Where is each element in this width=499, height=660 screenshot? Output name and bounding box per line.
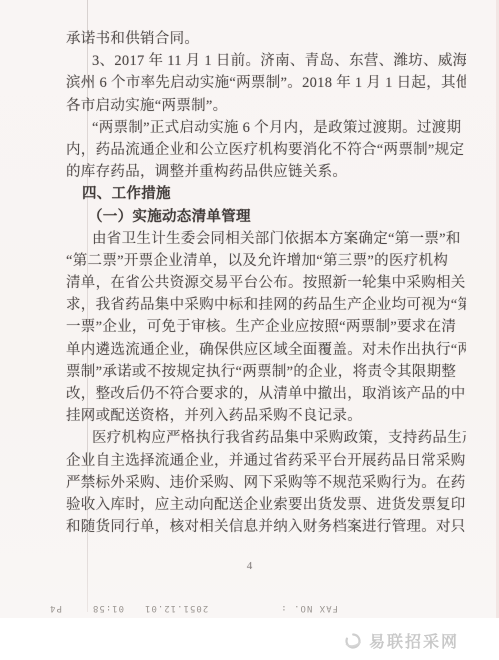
section-heading: 四、工作措施 — [66, 183, 466, 205]
document-text-line: 3、2017 年 11 月 1 日前。济南、青岛、东营、潍坊、威海、 — [66, 50, 466, 72]
fax-header-line: FAX NO. : 2051.12.01 01:58 P4 — [38, 601, 338, 615]
site-name: 易联招采网 — [369, 629, 459, 652]
document-text-line: 医疗机构应严格执行我省药品集中采购政策，支持药品生产 — [66, 427, 466, 449]
fax-number-label: FAX NO. : — [280, 603, 338, 613]
document-text-line: 严禁标外采购、违价采购、网下采购等不规范采购行为。在药品 — [66, 472, 466, 494]
scanned-document-screenshot: { "doc": { "lines": [ "承诺书和供销合同。", "3、20… — [0, 0, 499, 660]
page-number: 4 — [0, 560, 499, 572]
document-text-line: 承诺书和供销合同。 — [66, 28, 466, 50]
document-text-line: 改，整改后仍不符合要求的，从清单中撤出，取消该产品的中标、 — [66, 383, 466, 405]
document-scan: 承诺书和供销合同。 3、2017 年 11 月 1 日前。济南、青岛、东营、潍坊… — [0, 0, 499, 618]
subsection-heading: （一）实施动态清单管理 — [66, 206, 466, 228]
document-text-line: 清单，在省公共资源交易平台公布。按照新一轮集中采购相关要 — [66, 272, 466, 294]
fax-page-count: P4 — [49, 603, 62, 613]
document-text-line: 验收入库时，应主动向配送企业索要出货发票、进货发票复印件 — [66, 494, 466, 516]
document-text-line: “第二票”开票企业清单，以及允许增加“第三票”的医疗机构 — [66, 250, 466, 272]
document-text-line: “两票制”正式启动实施 6 个月内，是政策过渡期。过渡期 — [66, 117, 466, 139]
document-text-line: 由省卫生计生委会同相关部门依据本方案确定“第一票”和 — [66, 228, 466, 250]
watermark-strip: 易联招采网 — [0, 618, 499, 660]
document-text-line: 的库存药品，调整并重构药品供应链关系。 — [66, 161, 466, 183]
document-text-line: 内，药品流通企业和公立医疗机构要消化不符合“两票制”规定 — [66, 139, 466, 161]
document-text-line: 票制”承诺或不按规定执行“两票制”的企业，将责令其限期整 — [66, 361, 466, 383]
document-text-line: 各市启动实施“两票制”。 — [66, 95, 466, 117]
site-watermark: 易联招采网 — [344, 629, 459, 652]
document-text-line: 滨州 6 个市率先启动实施“两票制”。2018 年 1 月 1 日起，其他 — [66, 72, 466, 94]
document-text-line: 单内遴选流通企业，确保供应区域全面覆盖。对未作出执行“两 — [66, 339, 466, 361]
globe-swoosh-icon — [344, 632, 362, 650]
fax-date: 2051.12.01 — [144, 603, 208, 613]
document-text-line: 企业自主选择流通企业，并通过省药采平台开展药品日常采购， — [66, 450, 466, 472]
fax-time: 01:58 — [92, 603, 124, 613]
document-text-line: 求，我省药品集中采购中标和挂网的药品生产企业均可视为“第 — [66, 294, 466, 316]
document-text-line: 一票”企业，可免于审核。生产企业应按照“两票制”要求在清 — [66, 316, 466, 338]
document-text-line: 挂网或配送资格，并列入药品采购不良记录。 — [66, 405, 466, 427]
document-text-line: 和随货同行单，核对相关信息并纳入财务档案进行管理。对只与 — [66, 516, 466, 538]
document-body-text: 承诺书和供销合同。 3、2017 年 11 月 1 日前。济南、青岛、东营、潍坊… — [66, 28, 466, 538]
